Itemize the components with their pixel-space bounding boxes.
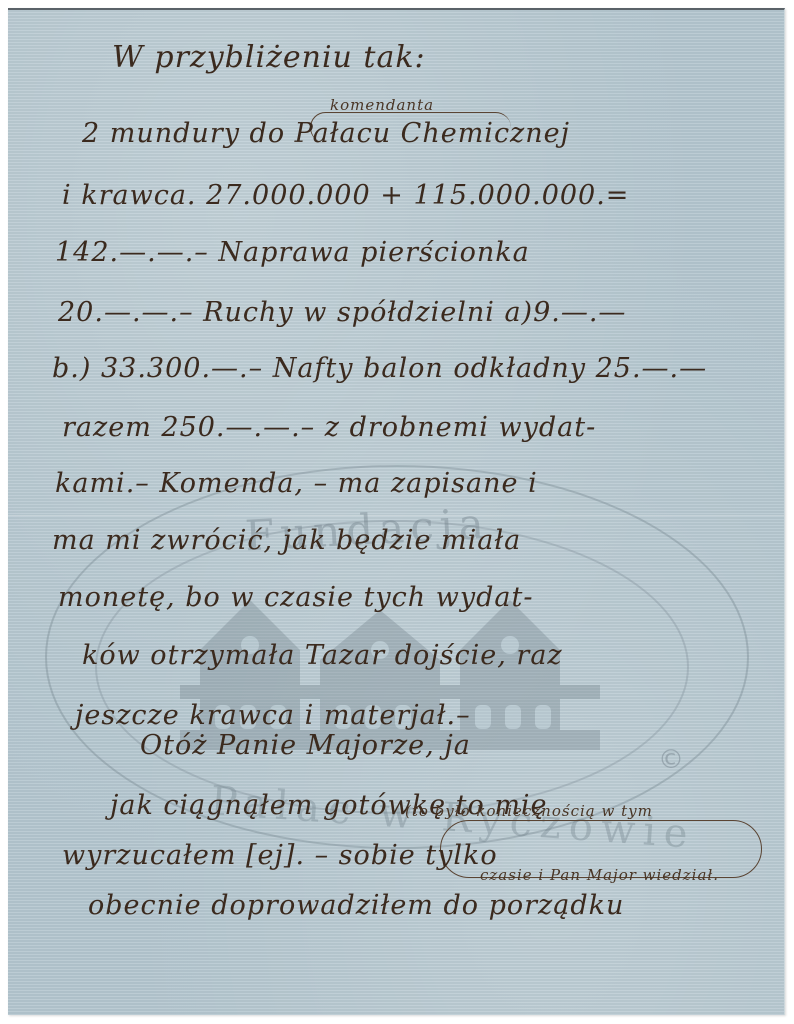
- letter-line-11: ków otrzymała Tazar dojście, raz: [82, 640, 563, 671]
- watermark-copyright: ©: [658, 745, 684, 775]
- annotation-below-line-15: czasie i Pan Major wiedział.: [480, 866, 719, 884]
- letter-line-1: W przybliżeniu tak:: [112, 40, 426, 75]
- letter-line-13: Otóż Panie Majorze, ja: [140, 730, 471, 761]
- letter-line-10: monetę, bo w czasie tych wydat-: [58, 582, 533, 613]
- annotation-above-line-15: (to było koniecznością w tym: [405, 802, 653, 820]
- letter-line-3: i krawca. 27.000.000 + 115.000.000.=: [62, 180, 629, 211]
- letter-line-6: b.) 33.300.—.– Nafty balon odkładny 25.—…: [52, 353, 707, 384]
- letter-line-16: obecnie doprowadziłem do porządku: [88, 890, 624, 921]
- letter-line-2: 2 mundury do Pałacu Chemicznej: [82, 118, 570, 149]
- letter-line-5: 20.—.—.– Ruchy w spółdzielni a)9.—.—: [58, 297, 626, 328]
- letter-line-9: ma mi zwrócić, jak będzie miała: [52, 525, 521, 556]
- letter-line-7: razem 250.—.—.– z drobnemi wydat-: [62, 412, 596, 443]
- letter-line-4: 142.—.—.– Naprawa pierścionka: [55, 237, 530, 268]
- letter-line-12: jeszcze krawca i materjał.–: [75, 700, 471, 731]
- letter-line-15: wyrzucałem [ej]. – sobie tylko: [62, 840, 498, 871]
- letter-line-8: kami.– Komenda, – ma zapisane i: [55, 468, 538, 499]
